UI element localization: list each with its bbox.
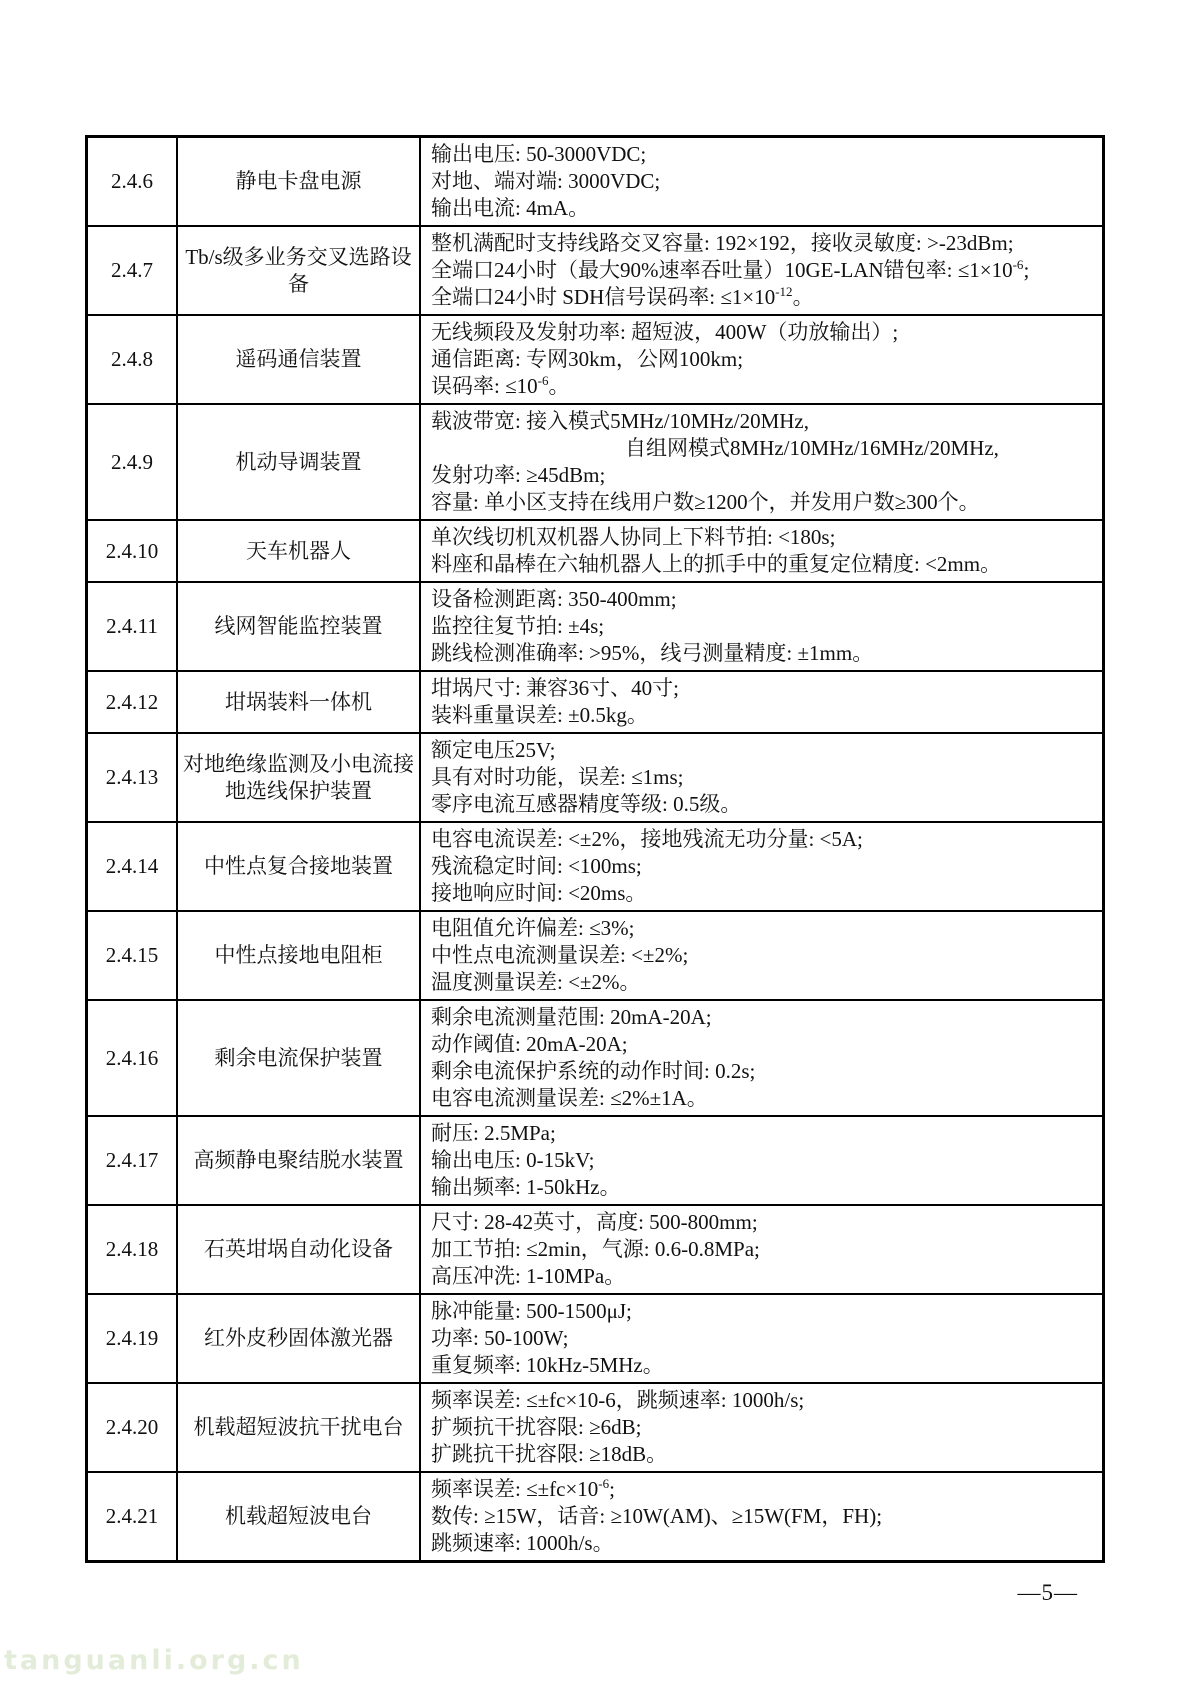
spec-line: 额定电压25V;	[431, 737, 1094, 764]
spec-line: 输出电流: 4mA。	[431, 195, 1094, 222]
table-row: 2.4.6静电卡盘电源输出电压: 50-3000VDC;对地、端对端: 3000…	[87, 137, 1104, 227]
row-id-cell: 2.4.8	[87, 315, 178, 404]
spec-line: 电容电流测量误差: ≤2%±1A。	[431, 1085, 1094, 1112]
spec-line: 零序电流互感器精度等级: 0.5级。	[431, 791, 1094, 818]
table-row: 2.4.15中性点接地电阻柜电阻值允许偏差: ≤3%;中性点电流测量误差: <±…	[87, 911, 1104, 1000]
spec-cell: 耐压: 2.5MPa;输出电压: 0-15kV;输出频率: 1-50kHz。	[420, 1116, 1104, 1205]
equipment-name-cell: 中性点接地电阻柜	[177, 911, 420, 1000]
spec-line: 频率误差: ≤±fc×10-6，跳频速率: 1000h/s;	[431, 1387, 1094, 1414]
row-id-cell: 2.4.20	[87, 1383, 178, 1472]
spec-cell: 输出电压: 50-3000VDC;对地、端对端: 3000VDC;输出电流: 4…	[420, 137, 1104, 227]
equipment-name-cell: 天车机器人	[177, 520, 420, 582]
page-number: —5—	[1018, 1580, 1079, 1606]
spec-table-body: 2.4.6静电卡盘电源输出电压: 50-3000VDC;对地、端对端: 3000…	[87, 137, 1104, 1562]
table-row: 2.4.10天车机器人单次线切机双机器人协同上下料节拍: <180s;料座和晶棒…	[87, 520, 1104, 582]
table-row: 2.4.11线网智能监控装置设备检测距离: 350-400mm;监控往复节拍: …	[87, 582, 1104, 671]
spec-line: 接地响应时间: <20ms。	[431, 880, 1094, 907]
spec-line: 残流稳定时间: <100ms;	[431, 853, 1094, 880]
spec-line: 设备检测距离: 350-400mm;	[431, 586, 1094, 613]
spec-line: 数传: ≥15W，话音: ≥10W(AM)、≥15W(FM，FH);	[431, 1503, 1094, 1530]
spec-line: 剩余电流测量范围: 20mA-20A;	[431, 1004, 1094, 1031]
table-row: 2.4.18石英坩埚自动化设备尺寸: 28-42英寸，高度: 500-800mm…	[87, 1205, 1104, 1294]
spec-line: 频率误差: ≤±fc×10-6;	[431, 1476, 1094, 1503]
equipment-name-cell: 静电卡盘电源	[177, 137, 420, 227]
spec-line: 功率: 50-100W;	[431, 1325, 1094, 1352]
equipment-name-cell: 遥码通信装置	[177, 315, 420, 404]
spec-line: 监控往复节拍: ±4s;	[431, 613, 1094, 640]
spec-line: 载波带宽: 接入模式5MHz/10MHz/20MHz,	[431, 408, 1094, 435]
spec-line: 发射功率: ≥45dBm;	[431, 462, 1094, 489]
spec-line: 全端口24小时（最大90%速率吞吐量）10GE-LAN错包率: ≤1×10-6;	[431, 257, 1094, 284]
equipment-name-cell: 机动导调装置	[177, 404, 420, 520]
spec-cell: 频率误差: ≤±fc×10-6;数传: ≥15W，话音: ≥10W(AM)、≥1…	[420, 1472, 1104, 1562]
spec-line: 高压冲洗: 1-10MPa。	[431, 1263, 1094, 1290]
spec-line: 整机满配时支持线路交叉容量: 192×192，接收灵敏度: >-23dBm;	[431, 230, 1094, 257]
spec-line: 自组网模式8MHz/10MHz/16MHz/20MHz,	[431, 435, 1094, 462]
spec-line: 脉冲能量: 500-1500μJ;	[431, 1298, 1094, 1325]
spec-line: 误码率: ≤10-6。	[431, 373, 1094, 400]
row-id-cell: 2.4.16	[87, 1000, 178, 1116]
spec-cell: 无线频段及发射功率: 超短波，400W（功放输出）;通信距离: 专网30km，公…	[420, 315, 1104, 404]
spec-cell: 频率误差: ≤±fc×10-6，跳频速率: 1000h/s;扩频抗干扰容限: ≥…	[420, 1383, 1104, 1472]
spec-line: 剩余电流保护系统的动作时间: 0.2s;	[431, 1058, 1094, 1085]
row-id-cell: 2.4.12	[87, 671, 178, 733]
spec-cell: 尺寸: 28-42英寸，高度: 500-800mm;加工节拍: ≤2min，气源…	[420, 1205, 1104, 1294]
table-row: 2.4.20机载超短波抗干扰电台频率误差: ≤±fc×10-6，跳频速率: 10…	[87, 1383, 1104, 1472]
spec-cell: 脉冲能量: 500-1500μJ;功率: 50-100W;重复频率: 10kHz…	[420, 1294, 1104, 1383]
equipment-name-cell: 坩埚装料一体机	[177, 671, 420, 733]
spec-line: 加工节拍: ≤2min，气源: 0.6-0.8MPa;	[431, 1236, 1094, 1263]
table-row: 2.4.19红外皮秒固体激光器脉冲能量: 500-1500μJ;功率: 50-1…	[87, 1294, 1104, 1383]
table-row: 2.4.9机动导调装置载波带宽: 接入模式5MHz/10MHz/20MHz,自组…	[87, 404, 1104, 520]
spec-line: 电容电流误差: <±2%，接地残流无功分量: <5A;	[431, 826, 1094, 853]
spec-cell: 载波带宽: 接入模式5MHz/10MHz/20MHz,自组网模式8MHz/10M…	[420, 404, 1104, 520]
spec-cell: 单次线切机双机器人协同上下料节拍: <180s;料座和晶棒在六轴机器人上的抓手中…	[420, 520, 1104, 582]
table-row: 2.4.14中性点复合接地装置电容电流误差: <±2%，接地残流无功分量: <5…	[87, 822, 1104, 911]
equipment-name-cell: 对地绝缘监测及小电流接地选线保护装置	[177, 733, 420, 822]
spec-cell: 电阻值允许偏差: ≤3%;中性点电流测量误差: <±2%;温度测量误差: <±2…	[420, 911, 1104, 1000]
spec-line: 中性点电流测量误差: <±2%;	[431, 942, 1094, 969]
spec-line: 电阻值允许偏差: ≤3%;	[431, 915, 1094, 942]
spec-cell: 整机满配时支持线路交叉容量: 192×192，接收灵敏度: >-23dBm;全端…	[420, 226, 1104, 315]
spec-line: 跳频速率: 1000h/s。	[431, 1530, 1094, 1557]
spec-line: 跳线检测准确率: >95%，线弓测量精度: ±1mm。	[431, 640, 1094, 667]
table-row: 2.4.16剩余电流保护装置剩余电流测量范围: 20mA-20A;动作阈值: 2…	[87, 1000, 1104, 1116]
spec-cell: 电容电流误差: <±2%，接地残流无功分量: <5A;残流稳定时间: <100m…	[420, 822, 1104, 911]
spec-line: 单次线切机双机器人协同上下料节拍: <180s;	[431, 524, 1094, 551]
spec-line: 动作阈值: 20mA-20A;	[431, 1031, 1094, 1058]
table-row: 2.4.21机载超短波电台频率误差: ≤±fc×10-6;数传: ≥15W，话音…	[87, 1472, 1104, 1562]
spec-cell: 设备检测距离: 350-400mm;监控往复节拍: ±4s;跳线检测准确率: >…	[420, 582, 1104, 671]
equipment-name-cell: 机载超短波抗干扰电台	[177, 1383, 420, 1472]
spec-line: 输出电压: 50-3000VDC;	[431, 141, 1094, 168]
row-id-cell: 2.4.6	[87, 137, 178, 227]
row-id-cell: 2.4.15	[87, 911, 178, 1000]
spec-line: 坩埚尺寸: 兼容36寸、40寸;	[431, 675, 1094, 702]
row-id-cell: 2.4.9	[87, 404, 178, 520]
equipment-name-cell: 红外皮秒固体激光器	[177, 1294, 420, 1383]
row-id-cell: 2.4.19	[87, 1294, 178, 1383]
spec-line: 全端口24小时 SDH信号误码率: ≤1×10-12。	[431, 284, 1094, 311]
row-id-cell: 2.4.21	[87, 1472, 178, 1562]
spec-line: 耐压: 2.5MPa;	[431, 1120, 1094, 1147]
spec-line: 装料重量误差: ±0.5kg。	[431, 702, 1094, 729]
row-id-cell: 2.4.17	[87, 1116, 178, 1205]
equipment-name-cell: 中性点复合接地装置	[177, 822, 420, 911]
spec-line: 重复频率: 10kHz-5MHz。	[431, 1352, 1094, 1379]
equipment-name-cell: 高频静电聚结脱水装置	[177, 1116, 420, 1205]
spec-line: 扩频抗干扰容限: ≥6dB;	[431, 1414, 1094, 1441]
row-id-cell: 2.4.18	[87, 1205, 178, 1294]
table-row: 2.4.12坩埚装料一体机坩埚尺寸: 兼容36寸、40寸;装料重量误差: ±0.…	[87, 671, 1104, 733]
equipment-name-cell: 机载超短波电台	[177, 1472, 420, 1562]
spec-cell: 坩埚尺寸: 兼容36寸、40寸;装料重量误差: ±0.5kg。	[420, 671, 1104, 733]
spec-line: 料座和晶棒在六轴机器人上的抓手中的重复定位精度: <2mm。	[431, 551, 1094, 578]
equipment-name-cell: 剩余电流保护装置	[177, 1000, 420, 1116]
row-id-cell: 2.4.10	[87, 520, 178, 582]
spec-line: 容量: 单小区支持在线用户数≥1200个，并发用户数≥300个。	[431, 489, 1094, 516]
spec-line: 尺寸: 28-42英寸，高度: 500-800mm;	[431, 1209, 1094, 1236]
equipment-name-cell: 线网智能监控装置	[177, 582, 420, 671]
table-row: 2.4.8遥码通信装置无线频段及发射功率: 超短波，400W（功放输出）;通信距…	[87, 315, 1104, 404]
spec-line: 对地、端对端: 3000VDC;	[431, 168, 1094, 195]
table-row: 2.4.17高频静电聚结脱水装置耐压: 2.5MPa;输出电压: 0-15kV;…	[87, 1116, 1104, 1205]
spec-line: 输出电压: 0-15kV;	[431, 1147, 1094, 1174]
spec-cell: 剩余电流测量范围: 20mA-20A;动作阈值: 20mA-20A;剩余电流保护…	[420, 1000, 1104, 1116]
spec-line: 输出频率: 1-50kHz。	[431, 1174, 1094, 1201]
spec-line: 无线频段及发射功率: 超短波，400W（功放输出）;	[431, 319, 1094, 346]
spec-line: 具有对时功能，误差: ≤1ms;	[431, 764, 1094, 791]
watermark-text: tanguanli.org.cn	[4, 1645, 304, 1676]
row-id-cell: 2.4.14	[87, 822, 178, 911]
row-id-cell: 2.4.13	[87, 733, 178, 822]
spec-line: 通信距离: 专网30km，公网100km;	[431, 346, 1094, 373]
table-row: 2.4.7Tb/s级多业务交叉选路设备整机满配时支持线路交叉容量: 192×19…	[87, 226, 1104, 315]
document-page: 2.4.6静电卡盘电源输出电压: 50-3000VDC;对地、端对端: 3000…	[0, 0, 1190, 1683]
spec-cell: 额定电压25V;具有对时功能，误差: ≤1ms;零序电流互感器精度等级: 0.5…	[420, 733, 1104, 822]
equipment-name-cell: Tb/s级多业务交叉选路设备	[177, 226, 420, 315]
spec-table: 2.4.6静电卡盘电源输出电压: 50-3000VDC;对地、端对端: 3000…	[85, 135, 1105, 1563]
spec-line: 温度测量误差: <±2%。	[431, 969, 1094, 996]
table-row: 2.4.13对地绝缘监测及小电流接地选线保护装置额定电压25V;具有对时功能，误…	[87, 733, 1104, 822]
spec-line: 扩跳抗干扰容限: ≥18dB。	[431, 1441, 1094, 1468]
row-id-cell: 2.4.7	[87, 226, 178, 315]
equipment-name-cell: 石英坩埚自动化设备	[177, 1205, 420, 1294]
row-id-cell: 2.4.11	[87, 582, 178, 671]
